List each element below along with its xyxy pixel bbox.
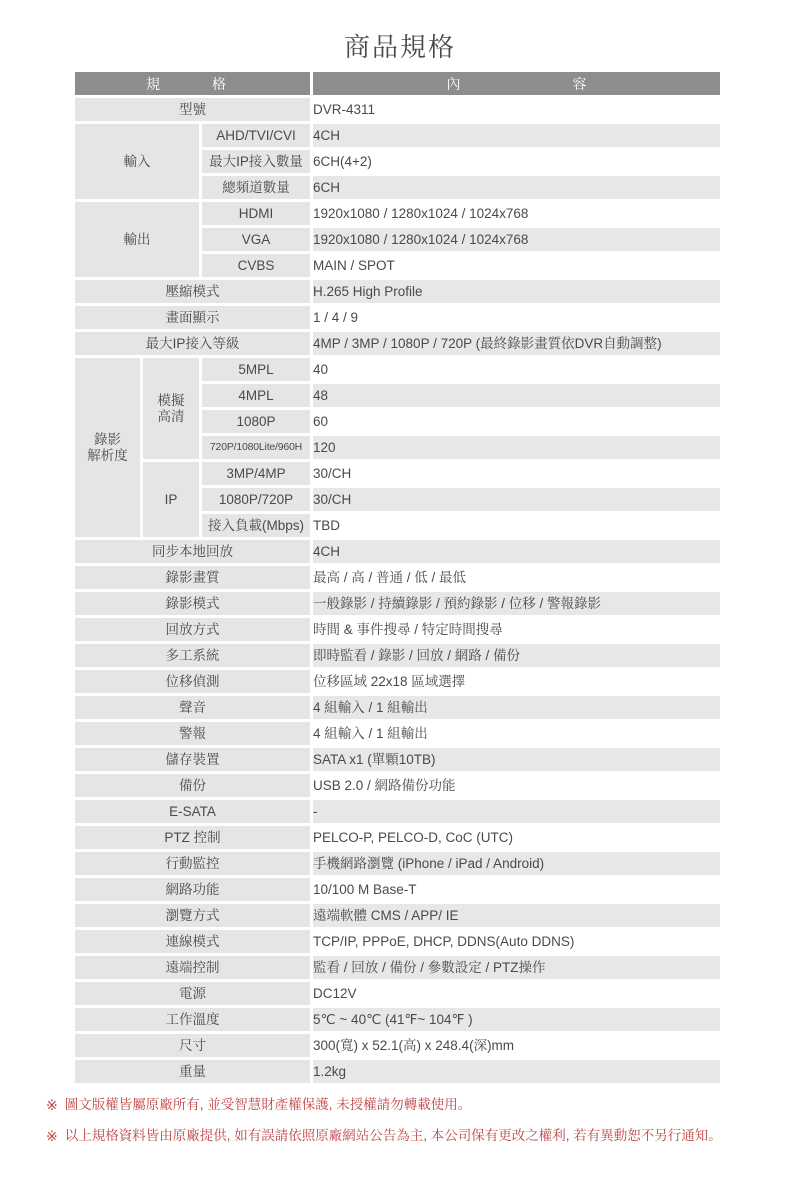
spec-row: 備份USB 2.0 / 網路備份功能 [75, 774, 720, 797]
spec-label-cell: 輸出 [75, 202, 199, 277]
spec-label-cell: 同步本地回放 [75, 540, 310, 563]
spec-row: 遠端控制監看 / 回放 / 備份 / 參數設定 / PTZ操作 [75, 956, 720, 979]
header-content-cell: 內 容 [313, 72, 720, 95]
header-content-char-2: 容 [573, 74, 587, 94]
spec-label-cell: 接入負載(Mbps) [202, 514, 310, 537]
spec-table-body: 型號DVR-4311輸入AHD/TVI/CVI4CH最大IP接入數量6CH(4+… [75, 98, 720, 1083]
spec-label-cell: HDMI [202, 202, 310, 225]
spec-row: E-SATA- [75, 800, 720, 823]
spec-value-cell: SATA x1 (單顆10TB) [313, 748, 720, 771]
spec-value-cell: 120 [313, 436, 720, 459]
spec-row: 儲存裝置SATA x1 (單顆10TB) [75, 748, 720, 771]
header-content-char-1: 內 [447, 74, 461, 94]
spec-label-cell: 720P/1080Lite/960H [202, 436, 310, 459]
spec-row: 重量1.2kg [75, 1060, 720, 1083]
spec-value-cell: 5℃ ~ 40℃ (41℉~ 104℉ ) [313, 1008, 720, 1031]
footnote-text: 以上規格資料皆由原廠提供, 如有誤請依照原廠網站公告為主, 本公司保有更改之權利… [65, 1128, 722, 1146]
spec-label-cell: 4MPL [202, 384, 310, 407]
spec-row: 輸入AHD/TVI/CVI4CH [75, 124, 720, 147]
spec-label-cell: 最大IP接入等級 [75, 332, 310, 355]
spec-label-cell: 畫面顯示 [75, 306, 310, 329]
spec-label-cell: 3MP/4MP [202, 462, 310, 485]
spec-value-cell: 4 組輸入 / 1 組輸出 [313, 722, 720, 745]
spec-label-cell: 重量 [75, 1060, 310, 1083]
footnote: ※ 圖文版權皆屬原廠所有, 並受智慧財產權保護, 未授權請勿轉載使用。 [46, 1097, 766, 1115]
spec-label-cell: 輸入 [75, 124, 199, 199]
spec-row: 行動監控手機網路瀏覽 (iPhone / iPad / Android) [75, 852, 720, 875]
spec-label-cell: 電源 [75, 982, 310, 1005]
spec-value-cell: 1920x1080 / 1280x1024 / 1024x768 [313, 228, 720, 251]
header-spec-char-1: 規 [146, 74, 160, 94]
spec-label-cell: PTZ 控制 [75, 826, 310, 849]
spec-value-cell: 10/100 M Base-T [313, 878, 720, 901]
spec-value-cell: USB 2.0 / 網路備份功能 [313, 774, 720, 797]
spec-label-cell: 最大IP接入數量 [202, 150, 310, 173]
spec-value-cell: DC12V [313, 982, 720, 1005]
spec-label-cell: 聲音 [75, 696, 310, 719]
spec-value-cell: 即時監看 / 錄影 / 回放 / 網路 / 備份 [313, 644, 720, 667]
spec-value-cell: TCP/IP, PPPoE, DHCP, DDNS(Auto DDNS) [313, 930, 720, 953]
spec-label-cell: 錄影畫質 [75, 566, 310, 589]
spec-row: 聲音4 組輸入 / 1 組輸出 [75, 696, 720, 719]
spec-value-cell: 遠端軟體 CMS / APP/ IE [313, 904, 720, 927]
spec-label-cell: 尺寸 [75, 1034, 310, 1057]
spec-label-cell: CVBS [202, 254, 310, 277]
spec-value-cell: 4CH [313, 540, 720, 563]
spec-value-cell: 位移區域 22x18 區域選擇 [313, 670, 720, 693]
spec-table: 規 格 內 容 型號DVR-4311輸入AHD/TVI/CVI4CH最大IP接入… [72, 69, 723, 1086]
spec-label-cell: 備份 [75, 774, 310, 797]
spec-label-cell: 遠端控制 [75, 956, 310, 979]
spec-value-cell: 48 [313, 384, 720, 407]
spec-value-cell: 4 組輸入 / 1 組輸出 [313, 696, 720, 719]
spec-row: 型號DVR-4311 [75, 98, 720, 121]
footnote-marker: ※ [46, 1097, 58, 1115]
spec-label-cell: 連線模式 [75, 930, 310, 953]
spec-row: 最大IP接入等級4MP / 3MP / 1080P / 720P (最終錄影畫質… [75, 332, 720, 355]
spec-value-cell: 一般錄影 / 持續錄影 / 預約錄影 / 位移 / 警報錄影 [313, 592, 720, 615]
spec-label-cell: VGA [202, 228, 310, 251]
spec-row: 錄影畫質最高 / 高 / 普通 / 低 / 最低 [75, 566, 720, 589]
page-title: 商品規格 [0, 27, 800, 64]
spec-label-cell: 警報 [75, 722, 310, 745]
spec-row: 網路功能10/100 M Base-T [75, 878, 720, 901]
spec-row: 輸出HDMI1920x1080 / 1280x1024 / 1024x768 [75, 202, 720, 225]
spec-label-cell: 網路功能 [75, 878, 310, 901]
spec-row: IP3MP/4MP30/CH [75, 462, 720, 485]
spec-label-cell: 回放方式 [75, 618, 310, 641]
spec-value-cell: PELCO-P, PELCO-D, CoC (UTC) [313, 826, 720, 849]
spec-label-cell: 行動監控 [75, 852, 310, 875]
spec-value-cell: 60 [313, 410, 720, 433]
footnotes: ※ 圖文版權皆屬原廠所有, 並受智慧財產權保護, 未授權請勿轉載使用。 ※ 以上… [46, 1097, 766, 1158]
spec-row: 瀏覽方式遠端軟體 CMS / APP/ IE [75, 904, 720, 927]
spec-label-cell: 瀏覽方式 [75, 904, 310, 927]
spec-row: 同步本地回放4CH [75, 540, 720, 563]
spec-row: 錄影模式一般錄影 / 持續錄影 / 預約錄影 / 位移 / 警報錄影 [75, 592, 720, 615]
spec-row: 壓縮模式H.265 High Profile [75, 280, 720, 303]
footnote-text: 圖文版權皆屬原廠所有, 並受智慧財產權保護, 未授權請勿轉載使用。 [65, 1097, 472, 1115]
spec-label-cell: IP [143, 462, 199, 537]
spec-value-cell: 30/CH [313, 462, 720, 485]
spec-label-cell: 總頻道數量 [202, 176, 310, 199]
spec-header-row: 規 格 內 容 [75, 72, 720, 95]
spec-label-cell: E-SATA [75, 800, 310, 823]
spec-row: 多工系統即時監看 / 錄影 / 回放 / 網路 / 備份 [75, 644, 720, 667]
spec-value-cell: 時間 & 事件搜尋 / 特定時間搜尋 [313, 618, 720, 641]
spec-value-cell: 手機網路瀏覽 (iPhone / iPad / Android) [313, 852, 720, 875]
spec-value-cell: 最高 / 高 / 普通 / 低 / 最低 [313, 566, 720, 589]
spec-value-cell: H.265 High Profile [313, 280, 720, 303]
spec-value-cell: 6CH(4+2) [313, 150, 720, 173]
spec-value-cell: 1920x1080 / 1280x1024 / 1024x768 [313, 202, 720, 225]
spec-row: PTZ 控制PELCO-P, PELCO-D, CoC (UTC) [75, 826, 720, 849]
spec-value-cell: 4CH [313, 124, 720, 147]
spec-label-cell: 1080P [202, 410, 310, 433]
spec-row: 警報4 組輸入 / 1 組輸出 [75, 722, 720, 745]
spec-value-cell: 監看 / 回放 / 備份 / 參數設定 / PTZ操作 [313, 956, 720, 979]
spec-value-cell: TBD [313, 514, 720, 537]
spec-row: 工作溫度5℃ ~ 40℃ (41℉~ 104℉ ) [75, 1008, 720, 1031]
spec-value-cell: 30/CH [313, 488, 720, 511]
header-spec-cell: 規 格 [75, 72, 310, 95]
spec-row: 連線模式TCP/IP, PPPoE, DHCP, DDNS(Auto DDNS) [75, 930, 720, 953]
spec-value-cell: MAIN / SPOT [313, 254, 720, 277]
spec-row: 尺寸300(寬) x 52.1(高) x 248.4(深)mm [75, 1034, 720, 1057]
spec-label-cell: 儲存裝置 [75, 748, 310, 771]
spec-row: 電源DC12V [75, 982, 720, 1005]
spec-label-cell: 錄影模式 [75, 592, 310, 615]
header-spec-char-2: 格 [212, 74, 226, 94]
spec-label-cell: 5MPL [202, 358, 310, 381]
spec-label-cell: 位移偵測 [75, 670, 310, 693]
spec-label-cell: 型號 [75, 98, 310, 121]
spec-value-cell: 300(寬) x 52.1(高) x 248.4(深)mm [313, 1034, 720, 1057]
spec-value-cell: DVR-4311 [313, 98, 720, 121]
spec-label-cell: 多工系統 [75, 644, 310, 667]
spec-label-cell: 模擬 高清 [143, 358, 199, 459]
spec-value-cell: 4MP / 3MP / 1080P / 720P (最終錄影畫質依DVR自動調整… [313, 332, 720, 355]
spec-row: 錄影 解析度模擬 高清5MPL40 [75, 358, 720, 381]
spec-row: 位移偵測位移區域 22x18 區域選擇 [75, 670, 720, 693]
spec-label-cell: 壓縮模式 [75, 280, 310, 303]
footnote: ※ 以上規格資料皆由原廠提供, 如有誤請依照原廠網站公告為主, 本公司保有更改之… [46, 1128, 766, 1146]
spec-label-cell: AHD/TVI/CVI [202, 124, 310, 147]
footnote-marker: ※ [46, 1128, 58, 1146]
spec-row: 畫面顯示1 / 4 / 9 [75, 306, 720, 329]
spec-value-cell: 1.2kg [313, 1060, 720, 1083]
spec-row: 回放方式時間 & 事件搜尋 / 特定時間搜尋 [75, 618, 720, 641]
spec-label-cell: 1080P/720P [202, 488, 310, 511]
spec-value-cell: - [313, 800, 720, 823]
spec-label-cell: 工作溫度 [75, 1008, 310, 1031]
spec-value-cell: 1 / 4 / 9 [313, 306, 720, 329]
spec-value-cell: 40 [313, 358, 720, 381]
spec-label-cell: 錄影 解析度 [75, 358, 140, 537]
spec-value-cell: 6CH [313, 176, 720, 199]
